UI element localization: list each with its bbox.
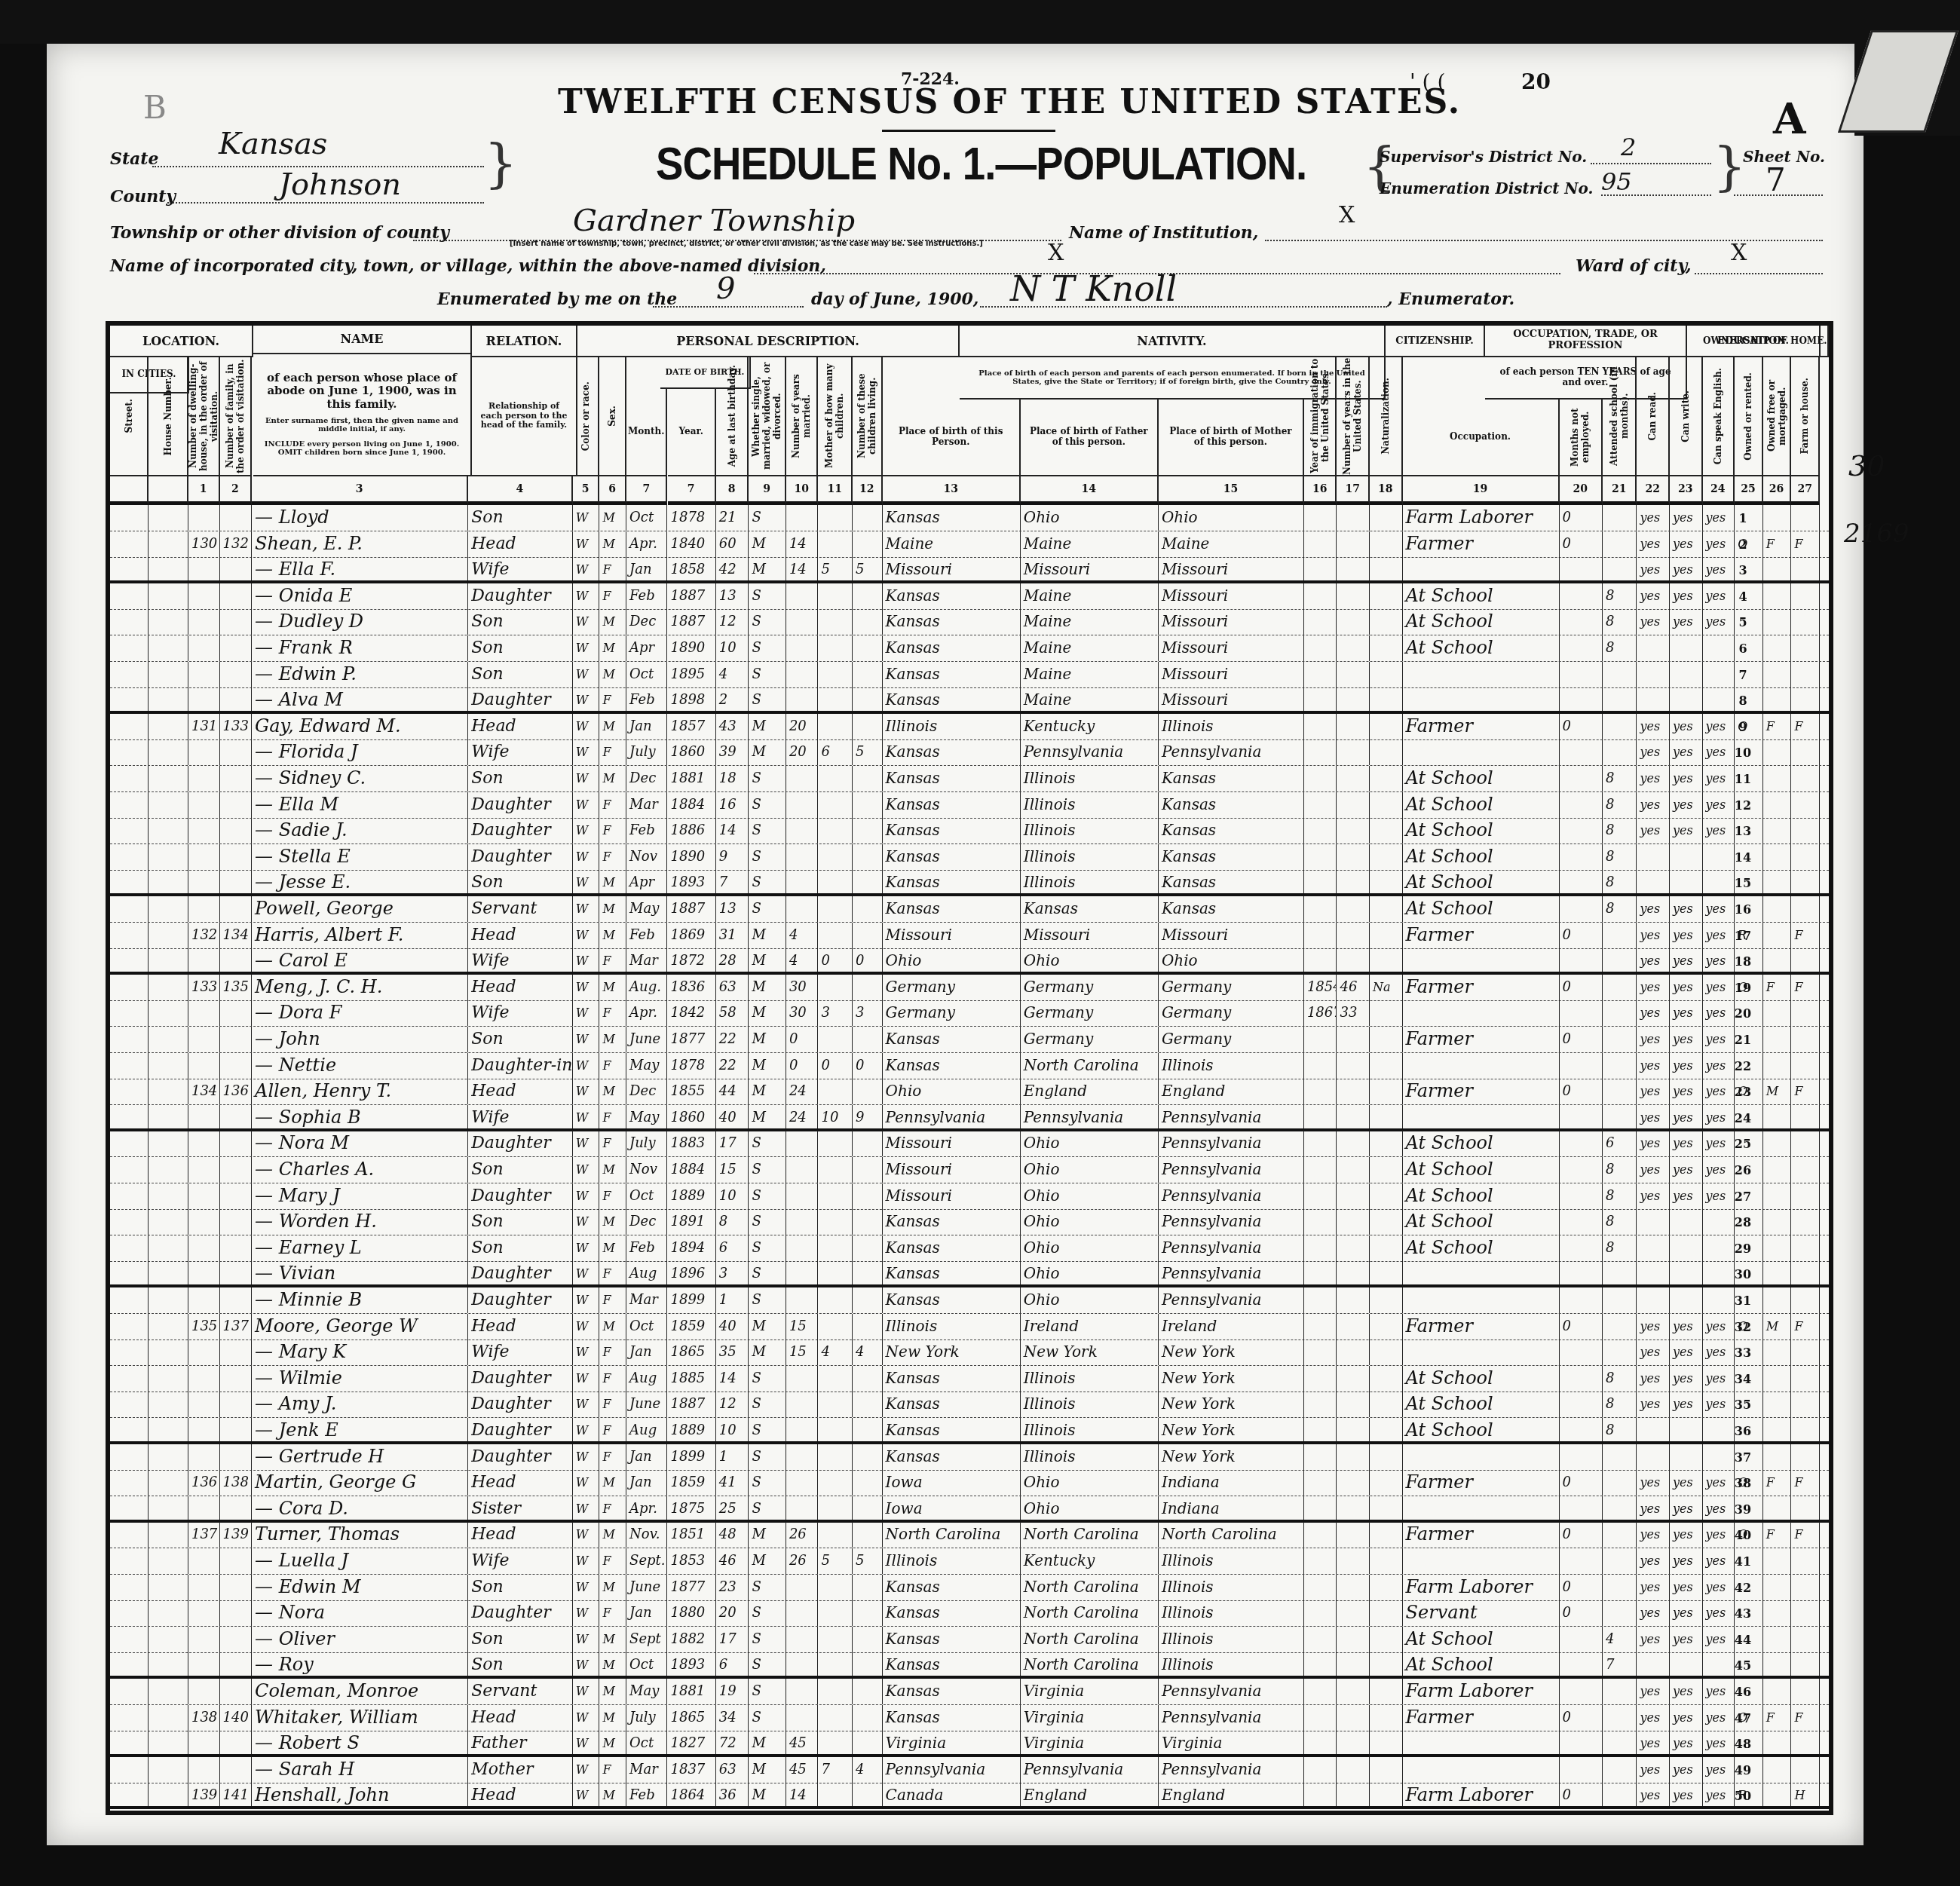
cell-ms: M [749,1522,786,1548]
cell-dw [188,1105,220,1128]
cell-yr: 1884 [668,1157,716,1183]
cell-imm [1304,1366,1337,1392]
cell-rel: Son [468,1652,573,1676]
cell-hn [149,1496,188,1520]
cell-yr: 1859 [668,1470,716,1496]
table-row[interactable]: — Florida JWifeWFJuly186039M2065KansasPe… [110,739,1829,766]
cell-yus [1337,1287,1370,1313]
table-row[interactable]: — Nora MDaughterWFJuly188317SMissouriOhi… [110,1131,1829,1157]
cell-name: — Ella F. [252,557,468,580]
cell-imm [1304,1027,1337,1052]
cell-ms: M [749,1079,786,1104]
cell-fh [1791,1366,1820,1392]
cell-yus [1337,1757,1370,1783]
city-value[interactable]: X [1048,240,1064,266]
county-value[interactable]: Johnson [279,167,401,202]
title-rule [882,130,1055,132]
cell-yr: 1836 [668,975,716,1000]
cell-sex: M [599,1705,626,1731]
cell-cl [853,1705,883,1731]
cell-ms: S [749,792,786,818]
cell-name: — Earney L [252,1235,468,1261]
table-row[interactable]: — Sidney C.SonWMDec188118SKansasIllinois… [110,766,1829,792]
cell-col: W [573,1470,600,1496]
cell-fh: F [1791,1522,1820,1548]
cell-fr: F [1763,1705,1792,1731]
cell-dw [188,687,220,711]
column-number: 7 [668,476,716,505]
enumerator-signature[interactable]: N T Knoll [1010,268,1177,309]
cell-cl: 5 [853,739,883,765]
cell-sch [1603,531,1637,557]
cell-yus [1337,1444,1370,1470]
cell-st [110,609,149,635]
cell-name: — Sadie J. [252,818,468,843]
cell-mc [818,1679,853,1704]
header-relation: RELATION. [472,326,577,357]
cell-yr: 1865 [668,1705,716,1731]
cell-name: — Sarah H [252,1757,468,1783]
cell-ym [786,1392,819,1417]
cell-mo: Aug. [626,975,667,1000]
table-row[interactable]: Coleman, MonroeServantWMMay188119SKansas… [110,1679,1829,1705]
row-number: 22 [1728,1059,1758,1073]
cell-occ: Farmer [1403,1314,1560,1339]
column-header-label: Can read. [1647,392,1658,441]
cell-fr [1763,818,1792,843]
cell-age: 12 [716,609,749,635]
row-number: 3 [1728,563,1758,577]
cell-cl [853,1027,883,1052]
table-row[interactable]: — Cora D.SisterWFApr.187525SIowaOhioIndi… [110,1496,1829,1523]
cell-rel: Son [468,1575,573,1600]
cell-age: 43 [716,714,749,739]
cell-hn [149,870,188,893]
table-row[interactable]: 135137Moore, George WHeadWMOct185940M15I… [110,1314,1829,1340]
cell-rd: yes [1637,766,1670,791]
cell-mo: June [626,1027,667,1052]
table-row[interactable]: 133135Meng, J. C. H.HeadWMAug.183663M30G… [110,975,1829,1001]
table-row[interactable]: — Sadie J.DaughterWFFeb188614SKansasIlli… [110,818,1829,844]
cell-nat [1370,1261,1403,1284]
table-row[interactable]: — Worden H.SonWMDec18918SKansasOhioPenns… [110,1209,1829,1235]
cell-fm: 132 [220,531,253,557]
column-header: Attended school (in months). [1603,357,1637,476]
cell-yus: 33 [1337,1000,1370,1026]
table-row[interactable]: — Ella MDaughterWFMar188416SKansasIllino… [110,792,1829,819]
cell-mo: Jan [626,1444,667,1470]
cell-cl [853,1496,883,1520]
table-row[interactable]: — WilmieDaughterWFAug188514SKansasIllino… [110,1366,1829,1392]
cell-ym [786,896,819,922]
table-row[interactable]: — Earney LSonWMFeb18946SKansasOhioPennsy… [110,1235,1829,1262]
cell-dw [188,870,220,893]
cell-sex: M [599,766,626,791]
table-row[interactable]: 137139Turner, ThomasHeadWMNov.185148M26N… [110,1522,1829,1548]
cell-dw [188,1053,220,1079]
cell-fh [1791,1339,1820,1365]
table-row[interactable]: — NettieDaughter-in-lawWFMay187822M000Ka… [110,1053,1829,1079]
cell-mb: Indiana [1159,1470,1304,1496]
cell-hn [149,1627,188,1652]
cell-nat [1370,1339,1403,1365]
row-number: 36 [1728,1424,1758,1438]
cell-mc: 5 [818,1548,853,1574]
cell-fb: Germany [1021,1000,1159,1026]
table-row[interactable]: 134136Allen, Henry T.HeadWMDec185544M24O… [110,1079,1829,1105]
cell-ym: 30 [786,975,819,1000]
cell-nat: Na [1370,975,1403,1000]
cell-ym: 14 [786,557,819,580]
table-row[interactable]: — Dora FWifeWFApr.184258M3033GermanyGerm… [110,1000,1829,1027]
cell-pb: Kansas [883,766,1021,791]
cell-imm [1304,1783,1337,1806]
cell-ms: S [749,505,786,531]
population-table: LOCATION. IN CITIES. NAME of each person… [106,321,1833,1815]
cell-fr [1763,1000,1792,1026]
cell-fb: North Carolina [1021,1522,1159,1548]
header-occupation: OCCUPATION, TRADE, OR PROFESSION [1485,326,1687,357]
cell-nat [1370,557,1403,580]
cell-sch [1603,1470,1637,1496]
cell-name: Harris, Albert F. [252,923,468,948]
cell-col: W [573,739,600,765]
cell-mb: Illinois [1159,1652,1304,1676]
table-row[interactable]: — Alva MDaughterWFFeb18982SKansasMaineMi… [110,687,1829,714]
table-row[interactable]: — Sophia BWifeWFMay186040M24109Pennsylva… [110,1105,1829,1131]
cell-ms: S [749,1418,786,1441]
cell-imm [1304,635,1337,661]
cell-rel: Servant [468,896,573,922]
cell-mb: Pennsylvania [1159,1105,1304,1128]
cell-dw: 137 [188,1522,220,1548]
cell-cl: 3 [853,1000,883,1026]
table-row[interactable]: — Luella JWifeWFSept.185346M2655Illinois… [110,1548,1829,1575]
cell-pb: Missouri [883,1183,1021,1209]
table-row[interactable]: — NoraDaughterWFJan188020SKansasNorth Ca… [110,1600,1829,1627]
cell-fm [220,1157,253,1183]
enumeration-value[interactable]: 95 [1601,167,1632,196]
cell-sex: F [599,1600,626,1626]
cell-age: 6 [716,1652,749,1676]
cell-sch [1603,505,1637,531]
cell-pb: Germany [883,1000,1021,1026]
cell-st [110,1600,149,1626]
table-row[interactable]: — OliverSonWMSept188217SKansasNorth Caro… [110,1627,1829,1653]
cell-pb: Kansas [883,1418,1021,1441]
table-row[interactable]: — Charles A.SonWMNov188415SMissouriOhioP… [110,1157,1829,1183]
cell-fr [1763,1575,1792,1600]
cell-hn [149,1131,188,1156]
cell-age: 44 [716,1079,749,1104]
table-row[interactable]: — Edwin MSonWMJune187723SKansasNorth Car… [110,1575,1829,1601]
cell-dw [188,818,220,843]
cell-fh [1791,1183,1820,1209]
cell-pb: Kansas [883,1366,1021,1392]
cell-fm [220,1392,253,1417]
cell-sex: F [599,1131,626,1156]
cell-mc [818,844,853,870]
table-row[interactable]: — JohnSonWMJune187722M0KansasGermanyGerm… [110,1027,1829,1053]
cell-cl: 4 [853,1339,883,1365]
cell-name: — Onida E [252,583,468,609]
cell-mo: Oct [626,1731,667,1754]
cell-fr [1763,1209,1792,1235]
cell-fm: 135 [220,975,253,1000]
cell-mb: Illinois [1159,1053,1304,1079]
table-row[interactable]: Powell, GeorgeServantWMMay188713SKansasK… [110,896,1829,923]
cell-mo: Feb [626,1783,667,1806]
cell-ym: 26 [786,1548,819,1574]
enumerated-day[interactable]: 9 [716,271,735,306]
cell-yr: 1889 [668,1418,716,1441]
cell-yus [1337,1705,1370,1731]
supervisor-value[interactable]: 2 [1621,133,1636,161]
cell-fh [1791,1053,1820,1079]
cell-sch: 8 [1603,792,1637,818]
cell-occ: Farmer [1403,923,1560,948]
cell-sex: F [599,687,626,711]
table-row[interactable]: 138140Whitaker, WilliamHeadWMJuly186534S… [110,1705,1829,1731]
cell-age: 40 [716,1314,749,1339]
cell-mc: 7 [818,1757,853,1783]
cell-pb: Pennsylvania [883,1757,1021,1783]
cell-occ [1403,1105,1560,1128]
table-row[interactable]: — Robert SFatherWMOct182772M45VirginiaVi… [110,1731,1829,1757]
column-header-label: Farm or house. [1799,378,1810,454]
table-row[interactable]: — Dudley DSonWMDec188712SKansasMaineMiss… [110,609,1829,635]
cell-yus [1337,1105,1370,1128]
county-label: County [110,187,176,207]
cell-mc [818,531,853,557]
cell-cl [853,583,883,609]
cell-fb: England [1021,1079,1159,1104]
cell-col: W [573,1731,600,1754]
table-row[interactable]: — Edwin P.SonWMOct18954SKansasMaineMisso… [110,662,1829,688]
cell-age: 63 [716,975,749,1000]
cell-nat [1370,1600,1403,1626]
cell-fb: Ohio [1021,1183,1159,1209]
cell-ym: 45 [786,1731,819,1754]
cell-nat [1370,1209,1403,1235]
table-row[interactable]: 131133Gay, Edward M.HeadWMJan185743M20Il… [110,714,1829,740]
state-label: State [110,149,158,169]
cell-dw [188,1000,220,1026]
cell-fm [220,896,253,922]
cell-occ: At School [1403,1209,1560,1235]
cell-fb: Illinois [1021,1366,1159,1392]
cell-mne: 0 [1560,505,1603,531]
cell-ms: M [749,923,786,948]
row-number: 37 [1728,1450,1758,1465]
cell-sch [1603,1783,1637,1806]
table-row[interactable]: — Gertrude HDaughterWFJan18991SKansasIll… [110,1444,1829,1471]
cell-ms: S [749,1652,786,1676]
row-number: 20 [1728,1006,1758,1021]
cell-fb: Maine [1021,662,1159,687]
table-row[interactable]: — Ella F.WifeWFJan185842M1455MissouriMis… [110,557,1829,583]
cell-ym [786,609,819,635]
cell-rel: Daughter [468,1392,573,1417]
sheet-value[interactable]: 7 [1766,161,1786,198]
cell-wr: yes [1670,739,1703,765]
cell-ym [786,662,819,687]
cell-sch [1603,1105,1637,1128]
cell-yr: 1895 [668,662,716,687]
institution-value[interactable]: X [1339,202,1355,228]
township-value[interactable]: Gardner Township [573,204,855,238]
table-row[interactable]: 139141Henshall, JohnHeadWMFeb186436M14Ca… [110,1783,1829,1809]
cell-occ: Farmer [1403,531,1560,557]
cell-imm: 1867 [1304,1000,1337,1026]
table-row[interactable]: 136138Martin, George GHeadWMJan185941SIo… [110,1470,1829,1496]
cell-sex: F [599,1757,626,1783]
cell-mo: Apr. [626,1000,667,1026]
supervisor-line [1591,163,1711,164]
cell-col: W [573,1261,600,1284]
cell-fh [1791,1209,1820,1235]
cell-mo: June [626,1392,667,1417]
column-number: 18 [1370,476,1403,505]
cell-st [110,1548,149,1574]
cell-mo: Aug [626,1261,667,1284]
cell-sex: M [599,975,626,1000]
enumerator-label: , Enumerator. [1387,289,1514,309]
cell-age: 10 [716,1418,749,1441]
cell-name: — Frank R [252,635,468,661]
table-row[interactable]: — Minnie BDaughterWFMar18991SKansasOhioP… [110,1287,1829,1314]
cell-st [110,1105,149,1128]
cell-mne [1560,1418,1603,1441]
table-row[interactable]: — Amy J.DaughterWFJune188712SKansasIllin… [110,1392,1829,1418]
cell-rel: Son [468,505,573,531]
enumeration-label: Enumeration District No. [1380,179,1594,197]
cell-yus [1337,739,1370,765]
cell-mb: Kansas [1159,792,1304,818]
column-header-label: House Number. [163,377,173,455]
cell-mb: Pennsylvania [1159,1235,1304,1261]
cell-hn [149,1366,188,1392]
ward-value[interactable]: X [1731,240,1747,266]
table-row[interactable]: — LloydSonWMOct187821SKansasOhioOhioFarm… [110,505,1829,531]
table-row[interactable]: — Mary KWifeWFJan186535M1544New YorkNew … [110,1339,1829,1366]
cell-ym [786,766,819,791]
cell-ym [786,1470,819,1496]
cell-fb: Ohio [1021,948,1159,972]
cell-ms: M [749,1339,786,1365]
cell-mb: Pennsylvania [1159,1157,1304,1183]
cell-ym [786,1444,819,1470]
cell-yus [1337,1131,1370,1156]
cell-mc: 10 [818,1105,853,1128]
cell-col: W [573,1053,600,1079]
column-header: Street. [110,357,149,476]
cell-mo: Jan [626,557,667,580]
cell-yus [1337,662,1370,687]
cell-wr: yes [1670,1575,1703,1600]
cell-col: W [573,635,600,661]
cell-pb: Kansas [883,505,1021,531]
table-row[interactable]: — RoySonWMOct18936SKansasNorth CarolinaI… [110,1652,1829,1679]
cell-rd [1637,1444,1670,1470]
cell-mo: Feb [626,687,667,711]
table-row[interactable]: 132134Harris, Albert F.HeadWMFeb186931M4… [110,923,1829,949]
cell-st [110,896,149,922]
cell-rd: yes [1637,896,1670,922]
cell-cl: 5 [853,557,883,580]
cell-ym [786,1705,819,1731]
cell-fh: F [1791,1314,1820,1339]
cell-yr: 1872 [668,948,716,972]
cell-hn [149,687,188,711]
cell-nat [1370,1366,1403,1392]
cell-yr: 1851 [668,1522,716,1548]
cell-imm [1304,1444,1337,1470]
cell-fr [1763,948,1792,972]
cell-rel: Daughter [468,583,573,609]
cell-st [110,1652,149,1676]
column-header: House Number. [149,357,188,476]
cell-imm [1304,1287,1337,1313]
cell-sex: F [599,739,626,765]
cell-cl [853,1131,883,1156]
cell-sex: M [599,1470,626,1496]
cell-fr [1763,870,1792,893]
state-value[interactable]: Kansas [219,127,327,161]
cell-sch [1603,1705,1637,1731]
cell-pb: Pennsylvania [883,1105,1021,1128]
table-row[interactable]: — Mary JDaughterWFOct188910SMissouriOhio… [110,1183,1829,1210]
cell-mo: Oct [626,1652,667,1676]
table-row[interactable]: 130132Shean, E. P.HeadWMApr.184060M14Mai… [110,531,1829,558]
cell-occ [1403,687,1560,711]
cell-ym: 24 [786,1079,819,1104]
cell-mc [818,714,853,739]
cell-ms: M [749,739,786,765]
cell-col: W [573,662,600,687]
cell-col: W [573,1757,600,1783]
column-number: 27 [1791,476,1820,505]
table-row[interactable]: — Sarah HMotherWFMar183763M4574Pennsylva… [110,1757,1829,1783]
cell-st [110,714,149,739]
cell-nat [1370,1705,1403,1731]
cell-pb: Kansas [883,1627,1021,1652]
cell-col: W [573,1235,600,1261]
table-row[interactable]: — Jenk EDaughterWFAug188910SKansasIllino… [110,1418,1829,1444]
table-row[interactable]: — Stella EDaughterWFNov18909SKansasIllin… [110,844,1829,871]
cell-age: 2 [716,687,749,711]
cell-rd: yes [1637,1705,1670,1731]
cell-dw [188,609,220,635]
column-header-label: Can write. [1680,390,1691,442]
cell-age: 13 [716,583,749,609]
cell-cl [853,1209,883,1235]
cell-mb: Ireland [1159,1314,1304,1339]
cell-rd: yes [1637,714,1670,739]
table-row[interactable]: — Onida EDaughterWFFeb188713SKansasMaine… [110,583,1829,610]
cell-fh [1791,1261,1820,1284]
cell-cl [853,1783,883,1806]
cell-nat [1370,1079,1403,1104]
table-row[interactable]: — Jesse E.SonWMApr18937SKansasIllinoisKa… [110,870,1829,896]
cell-mne [1560,1287,1603,1313]
cell-occ: At School [1403,818,1560,843]
cell-nat [1370,844,1403,870]
table-row[interactable]: — Frank RSonWMApr189010SKansasMaineMisso… [110,635,1829,662]
cell-ms: S [749,635,786,661]
table-row[interactable]: — Carol EWifeWFMar187228M400OhioOhioOhio… [110,948,1829,975]
table-row[interactable]: — VivianDaughterWFAug18963SKansasOhioPen… [110,1261,1829,1287]
